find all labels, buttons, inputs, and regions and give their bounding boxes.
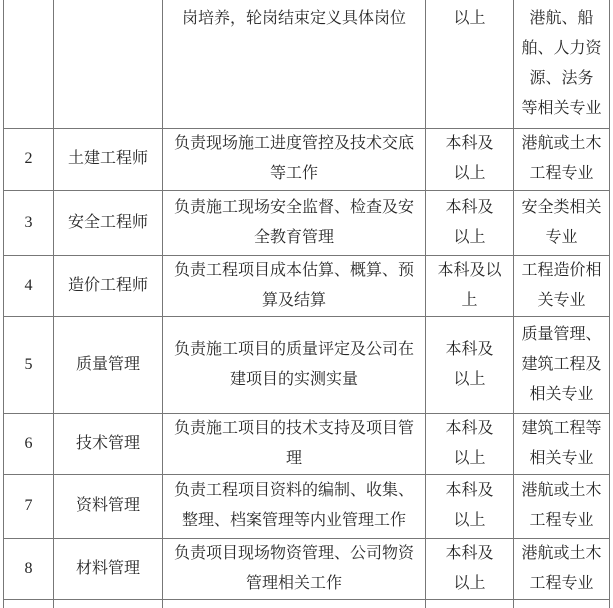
cell-duties: 负责项目现场物资管理、公司物资 管理相关工作: [163, 538, 426, 599]
cell-row-number: [4, 599, 54, 608]
cell-education: 本科及 以上: [426, 190, 514, 255]
table-row: 岗培养，轮岗结束定义具体岗位 以上 港航、船 舶、人力资 源、法务 等相关专业: [4, 0, 610, 128]
cell-education: 本科及 以上: [426, 538, 514, 599]
cell-row-number: [4, 0, 54, 128]
job-positions-table: 岗培养，轮岗结束定义具体岗位 以上 港航、船 舶、人力资 源、法务 等相关专业 …: [3, 0, 610, 608]
table-row: 5 质量管理 负责施工项目的质量评定及公司在 建项目的实测实量 本科及 以上 质…: [4, 316, 610, 413]
cell-duties: 负责施工项目的技术支持及项目管 理: [163, 413, 426, 474]
cell-major: 建筑工程等 相关专业: [514, 413, 610, 474]
cell-education: 本科及以 上: [426, 255, 514, 316]
cell-row-number: 7: [4, 474, 54, 538]
cell-major: 工程造价相 关专业: [514, 255, 610, 316]
cell-education: 本科及 以上: [426, 128, 514, 190]
cell-row-number: 8: [4, 538, 54, 599]
cell-education: 本科及 以上: [426, 474, 514, 538]
cell-position-title: 资料管理: [54, 474, 163, 538]
cell-position-title: [54, 0, 163, 128]
cell-major: 安全类相关 专业: [514, 190, 610, 255]
cell-row-number: 4: [4, 255, 54, 316]
cell-position-title: 土建工程师: [54, 128, 163, 190]
cell-position-title: 安全工程师: [54, 190, 163, 255]
cell-major: 港航或土木 工程专业: [514, 474, 610, 538]
table-row: 6 技术管理 负责施工项目的技术支持及项目管 理 本科及 以上 建筑工程等 相关…: [4, 413, 610, 474]
cell-position-title: [54, 599, 163, 608]
table-row: 2 土建工程师 负责现场施工进度管控及技术交底 等工作 本科及 以上 港航或土木…: [4, 128, 610, 190]
cell-education: 本科及 以上: [426, 413, 514, 474]
cell-major: 港航或土木 工程专业: [514, 538, 610, 599]
cell-education: 以上: [426, 0, 514, 128]
table-row: [4, 599, 610, 608]
document-page: 岗培养，轮岗结束定义具体岗位 以上 港航、船 舶、人力资 源、法务 等相关专业 …: [0, 0, 613, 608]
cell-duties: 负责施工现场安全监督、检查及安 全教育管理: [163, 190, 426, 255]
cell-duties: 负责现场施工进度管控及技术交底 等工作: [163, 128, 426, 190]
cell-major: 质量管理、 建筑工程及 相关专业: [514, 316, 610, 413]
cell-position-title: 技术管理: [54, 413, 163, 474]
cell-duties: 负责工程项目成本估算、概算、预 算及结算: [163, 255, 426, 316]
cell-duties: 负责工程项目资料的编制、收集、 整理、档案管理等内业管理工作: [163, 474, 426, 538]
cell-major: [514, 599, 610, 608]
cell-row-number: 2: [4, 128, 54, 190]
cell-row-number: 6: [4, 413, 54, 474]
cell-major: 港航、船 舶、人力资 源、法务 等相关专业: [514, 0, 610, 128]
cell-duties: [163, 599, 426, 608]
table-row: 8 材料管理 负责项目现场物资管理、公司物资 管理相关工作 本科及 以上 港航或…: [4, 538, 610, 599]
cell-position-title: 造价工程师: [54, 255, 163, 316]
cell-position-title: 质量管理: [54, 316, 163, 413]
cell-education: 本科及 以上: [426, 316, 514, 413]
table-row: 4 造价工程师 负责工程项目成本估算、概算、预 算及结算 本科及以 上 工程造价…: [4, 255, 610, 316]
cell-position-title: 材料管理: [54, 538, 163, 599]
cell-major: 港航或土木 工程专业: [514, 128, 610, 190]
cell-duties: 岗培养，轮岗结束定义具体岗位: [163, 0, 426, 128]
table-row: 3 安全工程师 负责施工现场安全监督、检查及安 全教育管理 本科及 以上 安全类…: [4, 190, 610, 255]
cell-row-number: 3: [4, 190, 54, 255]
table-row: 7 资料管理 负责工程项目资料的编制、收集、 整理、档案管理等内业管理工作 本科…: [4, 474, 610, 538]
cell-row-number: 5: [4, 316, 54, 413]
cell-duties: 负责施工项目的质量评定及公司在 建项目的实测实量: [163, 316, 426, 413]
cell-education: [426, 599, 514, 608]
